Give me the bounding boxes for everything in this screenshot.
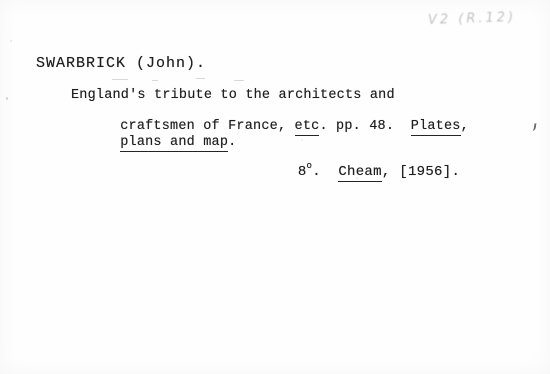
imprint-separator: .: [312, 164, 338, 180]
underlined-place-cheam: Cheam: [338, 164, 382, 182]
catalog-card: V2 (R.12) SWARBRICK (John). England's tr…: [0, 0, 550, 374]
format-octavo-superscript: o: [307, 161, 313, 171]
imprint-line: 8o. Cheam, [1956].: [263, 148, 460, 196]
title-line-1: England's tribute to the architects and: [71, 88, 395, 103]
scan-noise-dot: [356, 177, 358, 179]
title-line-3-period: .: [228, 135, 236, 150]
pencil-shelfmark-annotation: V2 (R.12): [428, 9, 540, 28]
underlined-plates: Plates: [411, 119, 461, 136]
scan-noise-dot: [301, 139, 303, 141]
scan-noise-dash: [112, 79, 128, 80]
scan-noise-ink-tick: [530, 123, 536, 132]
underlined-etc: etc: [295, 119, 320, 136]
scan-noise-dash: [234, 80, 244, 81]
scan-noise-dash: [196, 78, 205, 79]
scan-noise-dot: [6, 97, 8, 100]
format-octavo-number: 8: [298, 164, 307, 180]
scan-noise-dash: [152, 80, 158, 81]
author-heading: SWARBRICK (John).: [36, 55, 206, 72]
title-line-2-middle: . pp. 48.: [319, 119, 410, 134]
imprint-date: , [1956].: [382, 164, 460, 180]
title-line-2-comma: ,: [461, 119, 469, 134]
scan-noise-dot: [10, 40, 12, 42]
underlined-plans-and-map: plans and map: [120, 135, 228, 152]
title-line-3: plans and map.: [87, 120, 236, 165]
